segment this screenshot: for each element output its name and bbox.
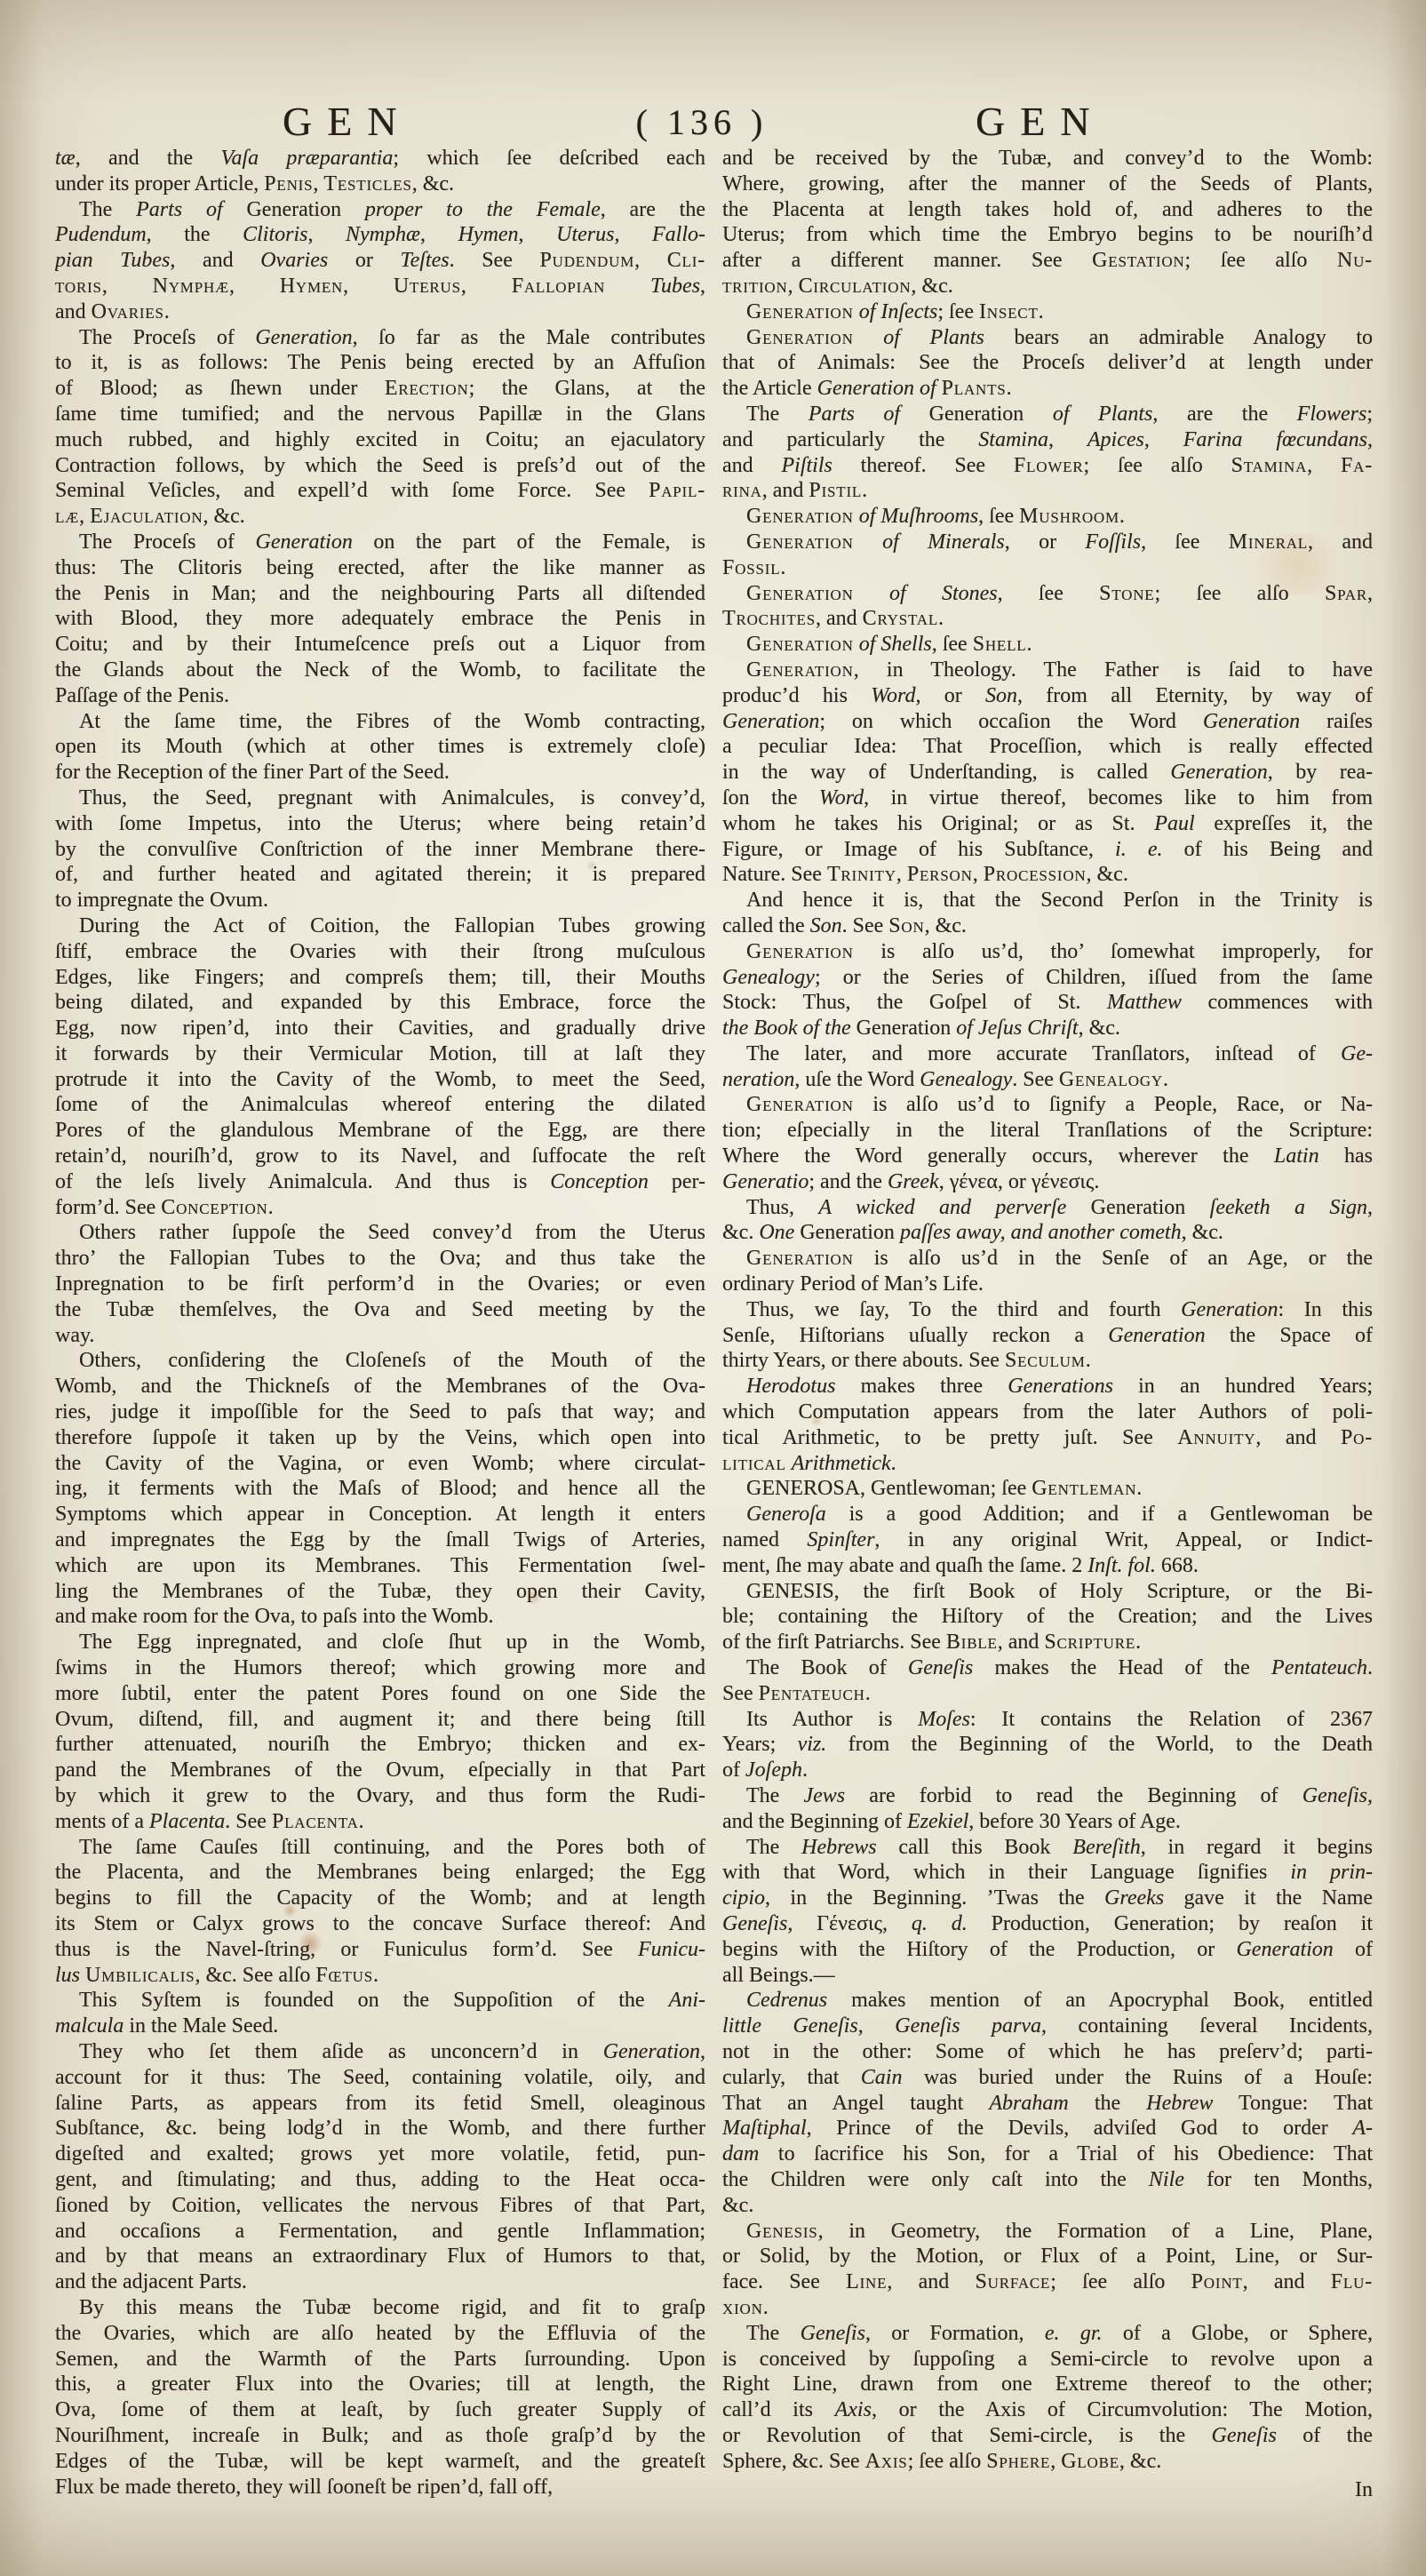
text-line: to impregnate the Ovum. (55, 888, 705, 913)
text-line: The Parts of Generation of Plants, are t… (722, 402, 1373, 427)
text-line: and by that means an extraordinary Flux … (55, 2244, 705, 2269)
text-line: Generation; on which occaſion the Word G… (722, 709, 1373, 735)
text-line: digeſted and exalted; grows yet more vol… (55, 2141, 705, 2167)
text-line: to it, is as follows: The Penis being er… (55, 350, 705, 376)
text-line: læ, Ejaculation, &c. (55, 504, 705, 530)
text-line: and impregnates the Egg by the ſmall Twi… (55, 1527, 705, 1553)
text-line: ment, ſhe may abate and quaſh the ſame. … (722, 1553, 1373, 1579)
text-line: trition, Circulation, &c. (722, 274, 1373, 299)
text-line: Pudendum, the Clitoris, Nymphæ, Hymen, U… (55, 222, 705, 248)
text-line: tæ, and the Vaſa præparantia; which ſee … (55, 146, 705, 171)
text-line: Herodotus makes three Generations in an … (722, 1374, 1373, 1400)
text-line: Pores of the glandulous Membrane of the … (55, 1118, 705, 1144)
text-line: &c. One Generation paſſes away, and anot… (722, 1220, 1373, 1246)
text-line: face. See Line, and Surface; ſee alſo Po… (722, 2269, 1373, 2295)
text-line: the Glands about the Neck of the Womb, t… (55, 658, 705, 683)
text-line: of, and further heated and agitated ther… (55, 862, 705, 888)
text-line: During the Act of Coition, the Fallopian… (55, 913, 705, 939)
text-line: Uterus; from which time the Embryo begin… (722, 222, 1373, 248)
text-line: cipio, in the Beginning. ’Twas the Greek… (722, 1886, 1373, 1911)
text-line: At the ſame time, the Fibres of the Womb… (55, 709, 705, 735)
text-line: malcula in the Male Seed. (55, 2014, 705, 2039)
text-line: it forwards by their Vermicular Motion, … (55, 1041, 705, 1067)
text-line: rina, and Pistil. (722, 478, 1373, 504)
text-line: Semen, and the Warmth of the Parts ſurro… (55, 2347, 705, 2373)
text-line: Genesis, in Geometry, the Formation of a… (722, 2219, 1373, 2245)
text-line: Stock: Thus, the Goſpel of St. Matthew c… (722, 990, 1373, 1016)
text-line: Inpregnation to be firſt perform’d in th… (55, 1272, 705, 1297)
text-line: GENEROSA, Gentlewoman; ſee Gentleman. (722, 1476, 1373, 1502)
text-line: Womb, and the Thickneſs of the Membranes… (55, 1374, 705, 1400)
text-line: The later, and more accurate Tranſlators… (722, 1041, 1373, 1067)
text-line: Edges, like Fingers; and compreſs them; … (55, 965, 705, 991)
text-line: Thus, we ſay, To the third and fourth Ge… (722, 1297, 1373, 1323)
text-line: retain’d, nouriſh’d, grow to its Navel, … (55, 1144, 705, 1169)
text-line: xion. (722, 2295, 1373, 2321)
text-line: The Jews are forbid to read the Beginnin… (722, 1783, 1373, 1809)
text-line: Generation of Muſhrooms, ſee Mushroom. (722, 504, 1373, 530)
text-line: the Penis in Man; and the neighbouring P… (55, 581, 705, 607)
text-line: Generation of Stones, ſee Stone; ſee alſ… (722, 581, 1373, 607)
text-line: and Ovaries. (55, 299, 705, 325)
text-line: Ova, ſome of them at leaſt, by ſuch grea… (55, 2397, 705, 2423)
text-line: Where the Word generally occurs, whereve… (722, 1144, 1373, 1169)
encyclopedia-page-scan: GEN ( 136 ) GEN tæ, and the Vaſa præpara… (0, 0, 1426, 2576)
text-line: thirty Years, or there abouts. See Secul… (722, 1348, 1373, 1374)
text-line: dam to ſacrifice his Son, for a Trial of… (722, 2141, 1373, 2167)
text-line: Subſtance, &c. being lodg’d in the Womb,… (55, 2116, 705, 2141)
text-line: not in the other: Some of which he has p… (722, 2039, 1373, 2065)
text-line: more ſubtil, enter the patent Pores foun… (55, 1681, 705, 1707)
text-line: Where, growing, after the manner of the … (722, 171, 1373, 197)
text-line: neration, uſe the Word Genealogy. See Ge… (722, 1067, 1373, 1093)
text-line: Generatio; and the Greek, γένεα, or γένε… (722, 1169, 1373, 1195)
text-line: ſon the Word, in virtue thereof, becomes… (722, 786, 1373, 811)
text-line: ſaline Parts, as appears from its fetid … (55, 2091, 705, 2117)
text-line: of the leſs lively Animalcula. And thus … (55, 1169, 705, 1195)
text-line: The Geneſis, or Formation, e. gr. of a G… (722, 2321, 1373, 2347)
text-line: Years; viz. from the Beginning of the Wo… (722, 1732, 1373, 1758)
text-line: The Egg inpregnated, and cloſe ſhut up i… (55, 1630, 705, 1655)
text-line: The Proceſs of Generation on the part of… (55, 530, 705, 555)
text-line: and make room for the Ova, to paſs into … (55, 1604, 705, 1630)
text-line: ordinary Period of Man’s Life. (722, 1272, 1373, 1297)
text-line: Egg, now ripen’d, into their Cavities, a… (55, 1016, 705, 1041)
text-line: pand the Membranes of the Ovum, eſpecial… (55, 1758, 705, 1783)
text-line: Contraction follows, by which the Seed i… (55, 453, 705, 479)
text-line: GENESIS, the firſt Book of Holy Scriptur… (722, 1579, 1373, 1605)
running-head-left: GEN (283, 98, 412, 145)
text-line: thus is the Navel-ſtring, or Funiculus f… (55, 1937, 705, 1963)
text-line: the Ovaries, which are alſo heated by th… (55, 2321, 705, 2347)
text-line: By this means the Tubæ become rigid, and… (55, 2295, 705, 2321)
text-line: all Beings.— (722, 1963, 1373, 1989)
text-line: See Pentateuch. (722, 1681, 1373, 1707)
text-line: Geneſis, Γένεσις, q. d. Production, Gene… (722, 1911, 1373, 1937)
text-line: ble; containing the Hiſtory of the Creat… (722, 1604, 1373, 1630)
text-line: in the way of Underſtanding, is called G… (722, 760, 1373, 786)
text-line: tical Arithmetic, to be pretty juſt. See… (722, 1425, 1373, 1451)
text-column-left: tæ, and the Vaſa præparantia; which ſee … (55, 146, 705, 2500)
text-line: This Syſtem is founded on the Suppoſitio… (55, 1988, 705, 2014)
text-line: and the adjacent Parts. (55, 2269, 705, 2295)
text-line: ſame time tumified; and the nervous Papi… (55, 402, 705, 427)
text-line: under its proper Article, Penis, Testicl… (55, 171, 705, 197)
text-line: or Solid, by the Motion, or Flux of a Po… (722, 2244, 1373, 2269)
text-line: Thus, the Seed, pregnant with Animalcule… (55, 786, 705, 811)
text-line: which Computation appears from the later… (722, 1400, 1373, 1425)
text-line: Figure, or Image of his Subſtance, i. e.… (722, 837, 1373, 863)
text-line: form’d. See Conception. (55, 1195, 705, 1221)
text-line: much rubbed, and highly excited in Coitu… (55, 427, 705, 453)
text-line: They who ſet them aſide as unconcern’d i… (55, 2039, 705, 2065)
text-column-right: and be received by the Tubæ, and convey’… (722, 146, 1373, 2475)
text-line: therefore ſuppoſe it taken up by the Vei… (55, 1425, 705, 1451)
text-line: Others rather ſuppoſe the Seed convey’d … (55, 1220, 705, 1246)
text-line: the Children were only caſt into the Nil… (722, 2167, 1373, 2193)
text-line: named Spinſter, in any original Writ, Ap… (722, 1527, 1373, 1553)
text-line: the Placenta at length takes hold of, an… (722, 197, 1373, 223)
text-line: Its Author is Moſes: It contains the Rel… (722, 1707, 1373, 1733)
text-line: way. (55, 1323, 705, 1349)
text-line: and Piſtils thereof. See Flower; ſee alſ… (722, 453, 1373, 479)
text-line: Thus, A wicked and perverſe Generation ſ… (722, 1195, 1373, 1221)
text-line: Nature. See Trinity, Person, Procession,… (722, 862, 1373, 888)
text-line: Coitu; and by their Intumeſcence preſs o… (55, 632, 705, 658)
text-line: lus Umbilicalis, &c. See alſo Fœtus. (55, 1963, 705, 1989)
text-line: Ovum, diſtend, fill, and augment it; and… (55, 1707, 705, 1733)
text-line: Trochites, and Crystal. (722, 606, 1373, 632)
text-line: the Book of the Generation of Jeſus Chri… (722, 1016, 1373, 1041)
text-line: open its Mouth (which at other times is … (55, 734, 705, 760)
text-line: Symptoms which appear in Conception. At … (55, 1502, 705, 1527)
text-line: with that Word, which in their Language … (722, 1860, 1373, 1886)
text-line: with ſome Impetus, into the Uterus; wher… (55, 811, 705, 837)
text-line: Cedrenus makes mention of an Apocryphal … (722, 1988, 1373, 2014)
text-line: the Tubæ themſelves, the Ova and Seed me… (55, 1297, 705, 1323)
text-line: protrude it into the Cavity of the Womb,… (55, 1067, 705, 1093)
text-line: is conceived by ſuppoſing a Semi-circle … (722, 2347, 1373, 2373)
text-line: ries, judge it impoſſible for the Seed t… (55, 1400, 705, 1425)
text-line: ing, it ferments with the Maſs of Blood;… (55, 1476, 705, 1502)
text-line: Generation of Minerals, or Foſſils, ſee … (722, 530, 1373, 555)
text-line: for the Reception of the finer Part of t… (55, 760, 705, 786)
text-line: And hence it is, that the Second Perſon … (722, 888, 1373, 913)
text-line: The Proceſs of Generation, ſo far as the… (55, 325, 705, 351)
text-line: ſioned by Coition, vellicates the nervou… (55, 2193, 705, 2219)
text-line: Others, conſidering the Cloſeneſs of the… (55, 1348, 705, 1374)
text-line: Generation is alſo us’d, tho’ ſomewhat i… (722, 939, 1373, 965)
text-line: ments of a Placenta. See Placenta. (55, 1809, 705, 1835)
text-line: call’d its Axis, or the Axis of Circumvo… (722, 2397, 1373, 2423)
text-line: and particularly the Stamina, Apices, Fa… (722, 427, 1373, 453)
text-line: &c. (722, 2193, 1373, 2219)
text-line: cularly, that Cain was buried under the … (722, 2065, 1373, 2091)
text-line: Generation is alſo us’d to ſignify a Peo… (722, 1092, 1373, 1118)
text-line: The Hebrews call this Book Bereſith, in … (722, 1835, 1373, 1861)
text-line: the Placenta, and the Membranes being en… (55, 1860, 705, 1886)
text-line: further attenuated, nouriſh the Embryo; … (55, 1732, 705, 1758)
text-line: a peculiar Idea: That Proceſſion, which … (722, 734, 1373, 760)
text-line: Generation of Shells, ſee Shell. (722, 632, 1373, 658)
text-line: and be received by the Tubæ, and convey’… (722, 146, 1373, 171)
text-line: account for it thus: The Seed, containin… (55, 2065, 705, 2091)
text-line: Generation of Inſects; ſee Insect. (722, 299, 1373, 325)
text-line: Fossil. (722, 555, 1373, 581)
text-line: its Stem or Calyx grows to the concave S… (55, 1911, 705, 1937)
text-line: Edges of the Tubæ, will be kept warmeſt,… (55, 2449, 705, 2475)
text-line: Generation is alſo us’d in the Senſe of … (722, 1246, 1373, 1272)
text-line: produc’d his Word, or Son, from all Eter… (722, 683, 1373, 709)
text-line: after a different manner. See Gestation;… (722, 248, 1373, 274)
text-line: by which it grew to the Ovary, and thus … (55, 1783, 705, 1809)
text-line: which are upon its Membranes. This Ferme… (55, 1553, 705, 1579)
text-line: that of Animals: See the Proceſs deliver… (722, 350, 1373, 376)
text-line: and the Beginning of Ezekiel, before 30 … (722, 1809, 1373, 1835)
text-line: Paſſage of the Penis. (55, 683, 705, 709)
text-line: this, a greater Flux into the Ovaries; t… (55, 2372, 705, 2397)
page-number: ( 136 ) (569, 101, 835, 143)
text-line: The Parts of Generation proper to the Fe… (55, 197, 705, 223)
running-head: GEN ( 136 ) GEN (0, 98, 1426, 151)
text-line: The Book of Geneſis makes the Head of th… (722, 1655, 1373, 1681)
text-line: by the convulſive Conſtriction of the in… (55, 837, 705, 863)
text-line: Generoſa is a good Addition; and if a Ge… (722, 1502, 1373, 1527)
text-line: The ſame Cauſes ſtill continuing, and th… (55, 1835, 705, 1861)
text-line: ſtiff, embrace the Ovaries with their ſt… (55, 939, 705, 965)
text-line: begins with the Hiſtory of the Productio… (722, 1937, 1373, 1963)
text-line: Genealogy; or the Series of Children, iſ… (722, 965, 1373, 991)
text-line: or Revolution of that Semi-circle, is th… (722, 2423, 1373, 2449)
text-line: gent, and ſtimulating; and thus, adding … (55, 2167, 705, 2193)
text-line: being dilated, and expanded by this Embr… (55, 990, 705, 1016)
text-line: with Blood, they more adequately embrace… (55, 606, 705, 632)
text-line: pian Tubes, and Ovaries or Teſtes. See P… (55, 248, 705, 274)
text-line: the Cavity of the Vagina, or even Womb; … (55, 1451, 705, 1477)
text-line: ling the Membranes of the Tubæ, they ope… (55, 1579, 705, 1605)
catchword: In (722, 2478, 1373, 2502)
text-line: That an Angel taught Abraham the Hebrew … (722, 2091, 1373, 2117)
text-line: thus: The Clitoris being erected, after … (55, 555, 705, 581)
text-line: Maſtiphal, Prince of the Devils, adviſed… (722, 2116, 1373, 2141)
text-line: Nouriſhment, increaſe in Bulk; and as th… (55, 2423, 705, 2449)
text-line: of Joſeph. (722, 1758, 1373, 1783)
text-line: Right Line, drawn from one Extreme there… (722, 2372, 1373, 2397)
text-line: Seminal Veſicles, and expell’d with ſome… (55, 478, 705, 504)
text-line: of Blood; as ſhewn under Erection; the G… (55, 376, 705, 402)
text-line: the Article Generation of Plants. (722, 376, 1373, 402)
text-line: called the Son. See Son, &c. (722, 913, 1373, 939)
text-line: thro’ the Fallopian Tubes to the Ova; an… (55, 1246, 705, 1272)
text-line: ſome of the Animalculas whereof entering… (55, 1092, 705, 1118)
text-line: toris, Nymphæ, Hymen, Uterus, Fallopian … (55, 274, 705, 299)
text-line: Generation, in Theology. The Father is ſ… (722, 658, 1373, 683)
text-line: Senſe, Hiſtorians uſually reckon a Gener… (722, 1323, 1373, 1349)
running-head-right: GEN (976, 98, 1105, 145)
text-line: and occaſions a Fermentation, and gentle… (55, 2219, 705, 2245)
text-line: Flux be made thereto, they will ſooneſt … (55, 2475, 705, 2500)
text-line: of the firſt Patriarchs. See Bible, and … (722, 1630, 1373, 1655)
text-line: whom he takes his Original; or as St. Pa… (722, 811, 1373, 837)
text-line: Generation of Plants bears an admirable … (722, 325, 1373, 351)
text-line: ſwims in the Humors thereof; which growi… (55, 1655, 705, 1681)
text-line: litical Arithmetick. (722, 1451, 1373, 1477)
text-line: tion; eſpecially in the literal Tranſlat… (722, 1118, 1373, 1144)
text-line: Sphere, &c. See Axis; ſee alſo Sphere, G… (722, 2449, 1373, 2475)
text-line: little Geneſis, Geneſis parva, containin… (722, 2014, 1373, 2039)
text-line: begins to fill the Capacity of the Womb;… (55, 1886, 705, 1911)
